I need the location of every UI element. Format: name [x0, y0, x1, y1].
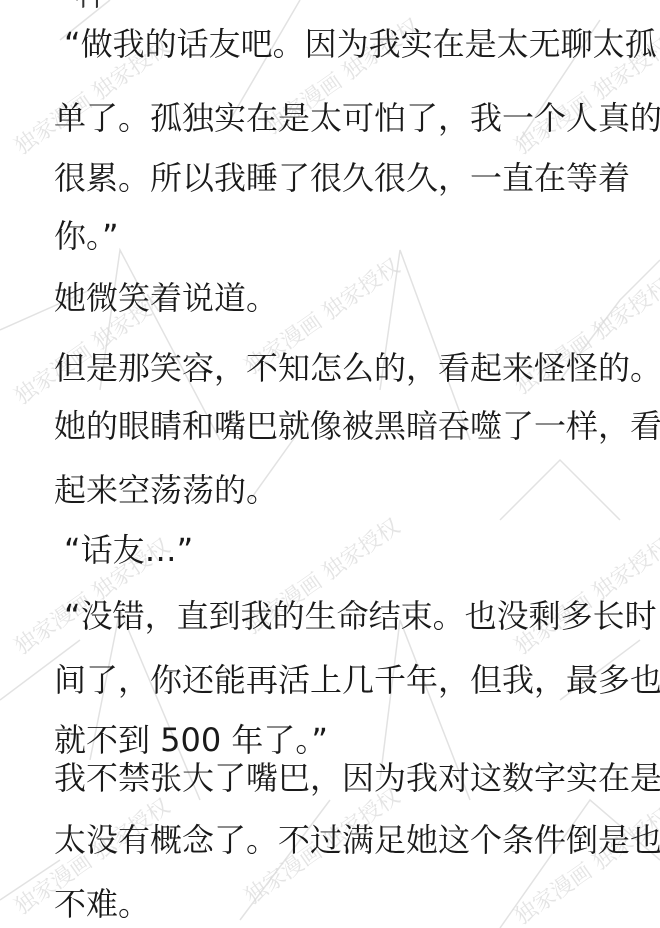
text-line: 就不到 500 年了。”: [54, 720, 328, 760]
text-line: 我不禁张大了嘴巴，因为我对这数字实在是: [54, 758, 660, 798]
text-line: 你。”: [54, 216, 119, 256]
text-line: 她微笑着说道。: [54, 278, 278, 318]
text-line: “做我的话友吧。因为我实在是太无聊太孤: [64, 24, 657, 64]
text-line: 但是那笑容，不知怎么的，看起来怪怪的。: [54, 348, 660, 388]
text-line: “没错，直到我的生命结束。也没剩多长时: [64, 596, 657, 636]
text-line: 单了。孤独实在是太可怕了，我一个人真的: [54, 98, 660, 138]
text-line: 很累。所以我睡了很久很久，一直在等着: [54, 158, 630, 198]
text-line: 起来空荡荡的。: [54, 470, 278, 510]
text-line: “话友…”: [64, 530, 193, 570]
text-line: 太没有概念了。不过满足她这个条件倒是也: [54, 820, 660, 860]
text-line: 间了，你还能再活上几千年，但我，最多也: [54, 660, 660, 700]
partial-top-line: 样: [76, 0, 108, 14]
text-line: 她的眼睛和嘴巴就像被黑暗吞噬了一样，看: [54, 406, 660, 446]
text-line: 不难。: [54, 884, 150, 924]
